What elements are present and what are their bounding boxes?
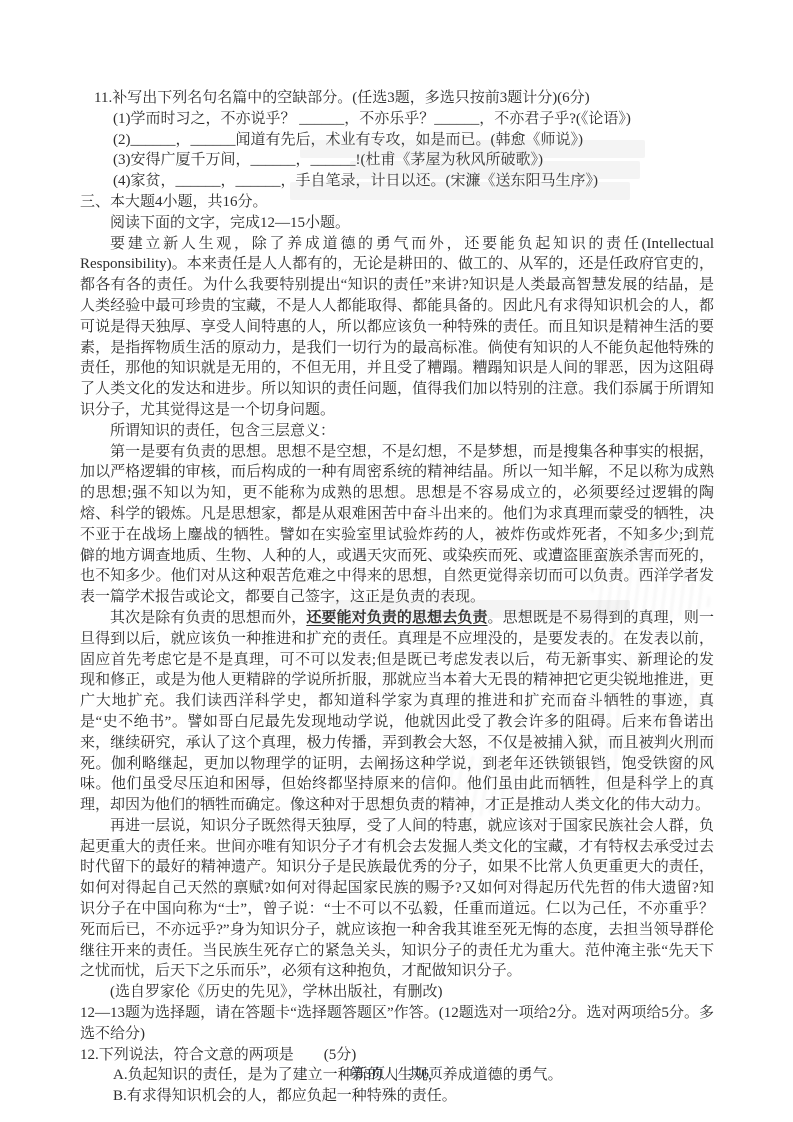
question-11-item-3: (3)安得广厦千万间，______，______!(杜甫《茅屋为秋风所破歌》)	[80, 150, 714, 171]
passage-paragraph-4: 其次是除有负责的思想而外，还要能对负责的思想去负责。思想既是不易得到的真理，则一…	[80, 608, 714, 816]
answer-sheet-note: 12—13题为选择题，请在答题卡“选择题答题区”作答。(12题选对一项给2分。选…	[80, 1003, 714, 1045]
question-11: 11.补写出下列名句名篇中的空缺部分。(任选3题，多选只按前3题计分)(6分) …	[80, 88, 714, 192]
question-12-score: (5分)	[324, 1047, 357, 1063]
underlined-phrase: 还要能对负责的思想去负责	[306, 610, 487, 626]
passage-paragraph-2: 所谓知识的责任，包含三层意义：	[80, 421, 714, 442]
exam-page: 11.补写出下列名句名篇中的空缺部分。(任选3题，多选只按前3题计分)(6分) …	[0, 0, 793, 1122]
section-3: 三、本大题4小题，共16分。 阅读下面的文字，完成12—15小题。 要建立新人生…	[80, 192, 714, 1045]
reading-instruction: 阅读下面的文字，完成12—15小题。	[80, 213, 714, 234]
question-11-header: 11.补写出下列名句名篇中的空缺部分。(任选3题，多选只按前3题计分)(6分)	[80, 88, 714, 109]
section-heading: 三、本大题4小题，共16分。	[80, 192, 714, 213]
question-11-item-4: (4)家贫，______，______，手自笔录，计日以还。(宋濂《送东阳马生序…	[80, 171, 714, 192]
page-content: 11.补写出下列名句名篇中的空缺部分。(任选3题，多选只按前3题计分)(6分) …	[80, 88, 714, 1107]
passage-source: (选自罗家伦《历史的先见》，学林出版社，有删改)	[80, 982, 714, 1003]
question-12-stem-text: 12.下列说法，符合文意的两项是	[80, 1047, 294, 1063]
total-pages: 共6页	[408, 1067, 443, 1082]
passage-paragraph-3: 第一是要有负责的思想。思想不是空想，不是幻想，不是梦想，而是搜集各种事实的根据，…	[80, 442, 714, 608]
question-11-item-1: (1)学而时习之，不亦说乎？ ______，不亦乐乎？______，不亦君子乎?…	[80, 109, 714, 130]
page-footer: 第3页|共6页	[0, 1063, 793, 1083]
footer-separator: |	[395, 1067, 398, 1082]
passage-paragraph-1: 要建立新人生观，除了养成道德的勇气而外，还要能负起知识的责任(Intellect…	[80, 234, 714, 421]
question-12-option-b: B.有求得知识机会的人，都应负起一种特殊的责任。	[80, 1086, 714, 1107]
paragraph-4-rest: 。思想既是不易得到的真理，则一旦得到以后，就应该负一种推进和扩充的责任。真理是不…	[80, 610, 714, 813]
passage-paragraph-5: 再进一层说，知识分子既然得天独厚，受了人间的特惠，就应该对于国家民族社会人群，负…	[80, 816, 714, 982]
page-number: 第3页	[350, 1067, 385, 1082]
question-11-item-2: (2)______，______闻道有先后，术业有专攻，如是而已。(韩愈《师说》…	[80, 130, 714, 151]
paragraph-4-lead: 其次是除有负责的思想而外，	[110, 610, 306, 626]
